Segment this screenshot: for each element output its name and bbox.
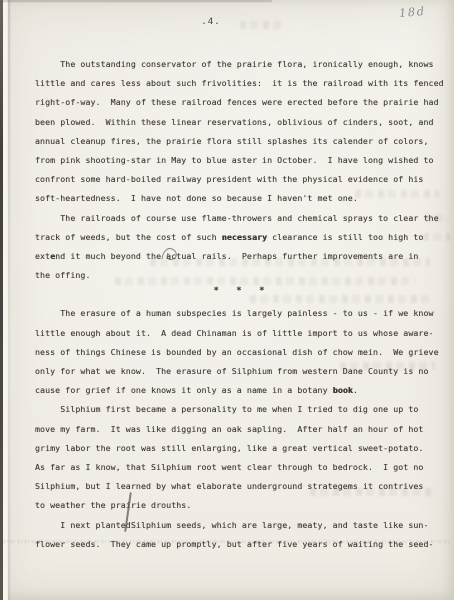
typed-line: to weather the prairie drouths. xyxy=(35,496,449,515)
typed-line: track of weeds, but the cost of such nec… xyxy=(35,228,449,247)
typed-line: been plowed. Within these linear reserva… xyxy=(35,113,449,132)
typed-line: I next plantedSilphium seeds, which are … xyxy=(35,516,449,535)
typed-line: The outstanding conservator of the prair… xyxy=(35,55,449,74)
typed-line: As far as I know, that Silphium root wen… xyxy=(35,458,449,477)
scanned-typescript-page: .4. 18d The outstanding conservator of t… xyxy=(0,0,454,600)
typed-line: right-of-way. Many of these railroad fen… xyxy=(35,93,449,112)
typed-line: flower seeds. They came up promptly, but… xyxy=(35,535,449,554)
typed-line: move my farm. It was like digging an oak… xyxy=(35,420,449,439)
bleed-through-smudge xyxy=(115,277,415,285)
bleed-through-smudge xyxy=(250,295,430,303)
typed-line: ness of things Chinese is bounded by an … xyxy=(35,343,449,362)
bleed-through-smudge xyxy=(425,214,449,222)
paper-crease-line xyxy=(8,0,10,600)
bleed-through-smudge xyxy=(423,233,450,241)
typed-text: The outstanding conservator of the prair… xyxy=(35,55,449,554)
typed-line: annual cleanup fires, the prairie flora … xyxy=(35,132,449,151)
typed-line: grimy labor the root was still enlarging… xyxy=(35,439,449,458)
typed-line: little and cares less about such frivoli… xyxy=(35,74,449,93)
typed-line: The railroads of course use flame-throwe… xyxy=(35,209,449,228)
scan-top-edge xyxy=(0,0,272,2)
typed-line: confront some hard-boiled railway presid… xyxy=(35,170,449,189)
handwritten-page-annotation: 18d xyxy=(398,4,426,20)
page-number: .4. xyxy=(0,17,438,27)
bleed-through-smudge xyxy=(340,362,435,370)
typed-line: Silphium first became a personality to m… xyxy=(35,400,449,419)
typed-line: little enough about it. A dead Chinaman … xyxy=(35,324,449,343)
bleed-through-smudge xyxy=(240,21,282,29)
bleed-through-smudge xyxy=(310,488,435,496)
bleed-through-smudge xyxy=(355,190,440,198)
bleed-through-smudge xyxy=(150,258,430,266)
scan-artifact-line xyxy=(4,540,452,543)
typed-line: cause for grief if one knows it only as … xyxy=(35,381,449,400)
typed-line: from pink shooting-star in May to blue a… xyxy=(35,151,449,170)
typed-line: The erasure of a human subspecies is lar… xyxy=(35,304,449,323)
